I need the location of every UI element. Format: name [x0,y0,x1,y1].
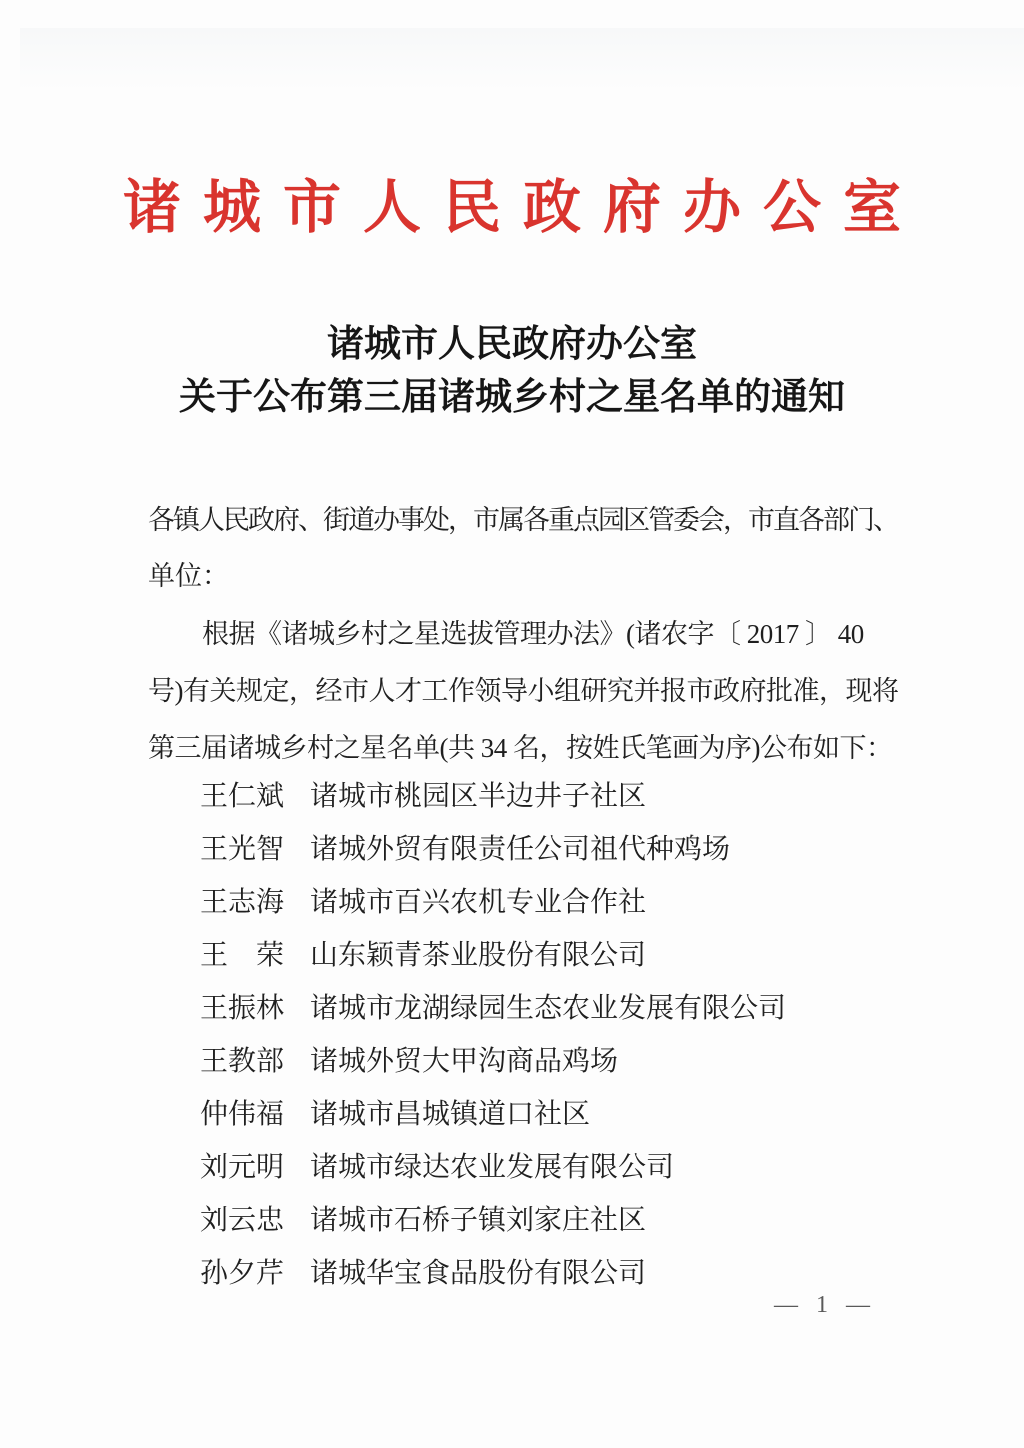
roster-row: 刘云忠诸城市石桥子镇刘家庄社区 [200,1194,908,1247]
roster-org: 诸城市百兴农机专业合作社 [310,887,646,918]
page-number: — 1 — [774,1292,876,1319]
addressee-line: 各镇人民政府、街道办事处，市属各重点园区管委会，市直各部门、 [148,492,908,548]
roster-name: 王光智 [200,823,286,876]
roster-name: 王 荣 [200,929,286,982]
roster-org: 山东颖青茶业股份有限公司 [310,940,646,971]
document-title: 诸城市人民政府办公室 关于公布第三届诸城乡村之星名单的通知 [0,318,1024,424]
roster-row: 王志海诸城市百兴农机专业合作社 [200,876,908,929]
document-title-line-2: 关于公布第三届诸城乡村之星名单的通知 [0,371,1024,424]
scan-artifact-band [20,28,1024,98]
roster-org: 诸城外贸大甲沟商品鸡场 [310,1046,618,1077]
roster-row: 王光智诸城外贸有限责任公司祖代种鸡场 [200,823,908,876]
document-title-line-1: 诸城市人民政府办公室 [0,318,1024,371]
roster-name: 仲伟福 [200,1088,286,1141]
roster-name: 王教部 [200,1035,286,1088]
roster-org: 诸城华宝食品股份有限公司 [310,1258,646,1289]
roster-name: 王振林 [200,982,286,1035]
roster-name: 王志海 [200,876,286,929]
roster-org: 诸城市桃园区半边井子社区 [310,781,646,812]
addressee-block: 各镇人民政府、街道办事处，市属各重点园区管委会，市直各部门、 单位： [148,492,908,604]
main-paragraph: 根据《诸城乡村之星选拔管理办法》(诸农字〔 2017 〕 40 号)有关规定，经… [148,606,908,777]
roster-row: 王 荣山东颖青茶业股份有限公司 [200,929,908,982]
roster-row: 王教部诸城外贸大甲沟商品鸡场 [200,1035,908,1088]
roster-org: 诸城外贸有限责任公司祖代种鸡场 [310,834,730,865]
roster-name: 刘云忠 [200,1194,286,1247]
paragraph-line: 根据《诸城乡村之星选拔管理办法》(诸农字〔 2017 〕 40 [148,606,908,663]
paragraph-line: 第三届诸城乡村之星名单(共 34 名，按姓氏笔画为序)公布如下： [148,720,908,777]
document-page: 诸城市人民政府办公室 诸城市人民政府办公室 关于公布第三届诸城乡村之星名单的通知… [0,0,1024,1448]
roster-org: 诸城市昌城镇道口社区 [310,1099,590,1130]
roster-row: 仲伟福诸城市昌城镇道口社区 [200,1088,908,1141]
roster-name: 孙夕芹 [200,1247,286,1300]
roster-row: 王振林诸城市龙湖绿园生态农业发展有限公司 [200,982,908,1035]
roster-org: 诸城市绿达农业发展有限公司 [310,1152,674,1183]
paragraph-line: 号)有关规定，经市人才工作领导小组研究并报市政府批准，现将 [148,663,908,720]
roster-row: 刘元明诸城市绿达农业发展有限公司 [200,1141,908,1194]
roster-name: 刘元明 [200,1141,286,1194]
roster-name: 王仁斌 [200,770,286,823]
roster-org: 诸城市龙湖绿园生态农业发展有限公司 [310,993,786,1024]
letterhead-org-name: 诸城市人民政府办公室 [0,168,1024,248]
addressee-line: 单位： [148,548,908,604]
roster-row: 王仁斌诸城市桃园区半边井子社区 [200,770,908,823]
roster-org: 诸城市石桥子镇刘家庄社区 [310,1205,646,1236]
rural-star-roster: 王仁斌诸城市桃园区半边井子社区 王光智诸城外贸有限责任公司祖代种鸡场 王志海诸城… [200,770,908,1300]
